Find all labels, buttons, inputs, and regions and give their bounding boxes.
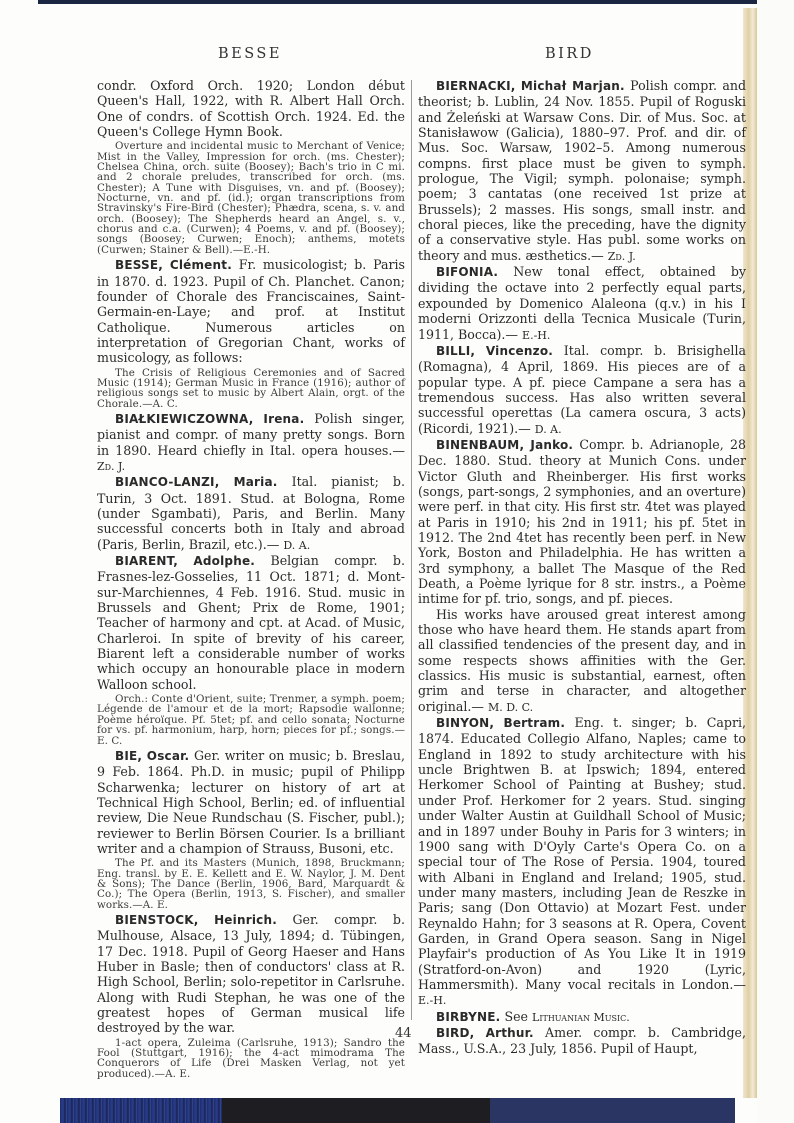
entry-headword: BESSE, [115, 258, 163, 272]
entry-text: See [504, 1009, 528, 1024]
entry-signature: E.-H. [418, 994, 446, 1007]
entry-name: Irena. [263, 412, 304, 426]
entry-text: Fr. musicologist; b. Paris in 1870. d. 1… [97, 257, 405, 365]
entry-headword: BIRD, [436, 1026, 474, 1040]
entry-name: Bertram. [503, 716, 565, 730]
entry-headword: BINYON, [436, 716, 494, 730]
dictionary-entry: BINYON, Bertram. Eng. t. singer; b. Capr… [418, 715, 746, 1009]
dictionary-entry-continued: His works have aroused great interest am… [418, 607, 746, 715]
page-number: 44 [395, 1026, 412, 1041]
entry-headword: BIARENT, [115, 554, 178, 568]
entry-headword: BIE, [115, 749, 142, 763]
running-head-left: BESSE [218, 46, 282, 62]
entry-signature: M. D. C. [488, 701, 533, 714]
entry-signature: Zd. J. [608, 250, 636, 263]
left-column: condr. Oxford Orch. 1920; London début Q… [97, 78, 405, 1081]
right-column: BIERNACKI, Michał Marjan. Polish compr. … [418, 78, 746, 1057]
entry-headword: BIAŁKIEWICZOWNA, [115, 412, 254, 426]
works-list: Orch.: Conte d'Orient, suite; Trenmer, a… [97, 694, 405, 746]
dictionary-entry: BIARENT, Adolphe. Belgian compr. b. Fras… [97, 553, 405, 692]
entry-name: Michał Marjan. [521, 79, 625, 93]
dictionary-entry: BESSE, Clément. Fr. musicologist; b. Par… [97, 257, 405, 365]
entry-signature: Zd. J. [97, 460, 125, 473]
dictionary-entry: BIRBYNE. See Lithuanian Music. [418, 1009, 746, 1025]
dictionary-entry: BIERNACKI, Michał Marjan. Polish compr. … [418, 78, 746, 264]
dictionary-entry: BIENSTOCK, Heinrich. Ger. compr. b. Mulh… [97, 912, 405, 1036]
entry-signature: D. A. [535, 423, 562, 436]
continued-entry-text: condr. Oxford Orch. 1920; London début Q… [97, 78, 405, 139]
entry-headword: BIENSTOCK, [115, 913, 199, 927]
entry-headword: BIERNACKI, [436, 79, 516, 93]
running-head-right: BIRD [545, 46, 594, 62]
entry-headword: BILLI, [436, 344, 475, 358]
dictionary-entry: BIFONIA. New tonal effect, obtained by d… [418, 264, 746, 343]
entry-name: Vincenzo. [486, 344, 553, 358]
entry-text: Eng. t. singer; b. Capri, 1874. Educated… [418, 715, 746, 992]
works-list: The Pf. and its Masters (Munich, 1898, B… [97, 858, 405, 910]
entry-name: Maria. [234, 475, 278, 489]
book-cover-edge-bottom-right [490, 1098, 735, 1123]
entry-text: Compr. b. Adrianople, 28 Dec. 1880. Stud… [418, 437, 746, 606]
entry-signature: D. A. [283, 539, 310, 552]
cross-reference: Lithuanian Music. [532, 1011, 630, 1024]
dictionary-entry: BIE, Oscar. Ger. writer on music; b. Bre… [97, 748, 405, 856]
works-list: Overture and incidental music to Merchan… [97, 141, 405, 255]
entry-name: Janko. [530, 438, 573, 452]
entry-headword: BIFONIA. [436, 265, 498, 279]
entry-name: Clément. [170, 258, 232, 272]
book-cover-edge-top [38, 0, 758, 4]
entry-text: Ger. compr. b. Mulhouse, Alsace, 13 July… [97, 912, 405, 1035]
dictionary-entry: BIRD, Arthur. Amer. compr. b. Cambridge,… [418, 1025, 746, 1057]
entry-text: Polish compr. and theorist; b. Lublin, 2… [418, 78, 746, 263]
dictionary-entry: BIANCO-LANZI, Maria. Ital. pianist; b. T… [97, 474, 405, 553]
works-list: The Crisis of Religious Ceremonies and o… [97, 368, 405, 409]
dictionary-entry: BIAŁKIEWICZOWNA, Irena. Polish singer, p… [97, 411, 405, 474]
column-divider [411, 80, 412, 1020]
dictionary-entry: BINENBAUM, Janko. Compr. b. Adrianople, … [418, 437, 746, 607]
background-right [757, 0, 794, 1123]
entry-name: Arthur. [486, 1026, 534, 1040]
entry-name: Oscar. [147, 749, 190, 763]
entry-text: Belgian compr. b. Frasnes-lez-Gosselies,… [97, 553, 405, 692]
entry-text: His works have aroused great interest am… [418, 607, 746, 714]
entry-headword: BIANCO-LANZI, [115, 475, 219, 489]
entry-headword: BIRBYNE. [436, 1010, 500, 1024]
entry-name: Adolphe. [193, 554, 255, 568]
entry-text: Ger. writer on music; b. Breslau, 9 Feb.… [97, 748, 405, 856]
book-cover-shadow [222, 1098, 492, 1123]
dictionary-entry: BILLI, Vincenzo. Ital. compr. b. Brisigh… [418, 343, 746, 437]
entry-headword: BINENBAUM, [436, 438, 524, 452]
works-list: 1-act opera, Zuleima (Carlsruhe, 1913); … [97, 1038, 405, 1079]
entry-name: Heinrich. [214, 913, 277, 927]
entry-signature: E.-H. [522, 329, 550, 342]
